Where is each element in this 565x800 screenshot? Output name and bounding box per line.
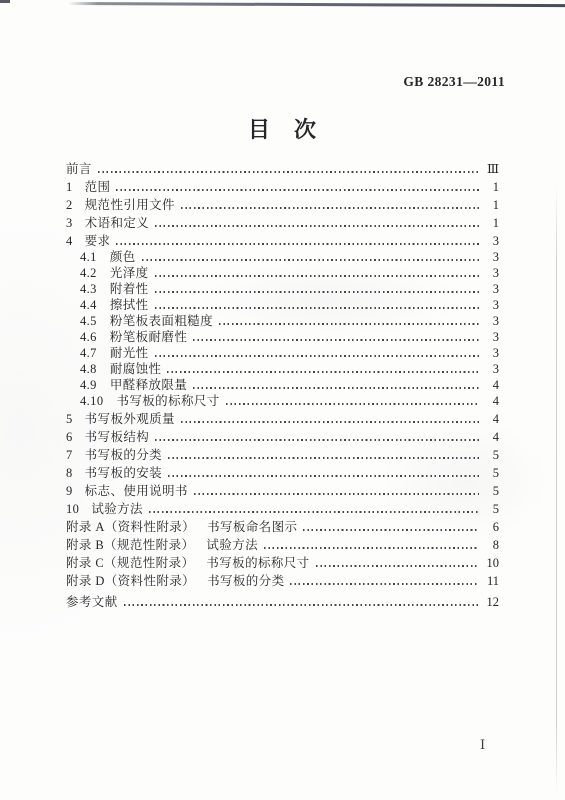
toc-entry-label: 4.9甲醛释放限量 bbox=[80, 379, 187, 393]
toc-entry-number: 前言 bbox=[66, 162, 92, 176]
leader-dots bbox=[193, 339, 479, 341]
toc-entry: 附录 D（资料性附录）书写板的分类 11 bbox=[66, 570, 499, 588]
toc-entry: 2规范性引用文件 1 bbox=[66, 194, 499, 212]
leader-dots bbox=[149, 511, 479, 513]
toc-entry-title: 试验方法 bbox=[91, 502, 143, 516]
toc-entry-title: 耐腐蚀性 bbox=[110, 362, 162, 376]
standard-code: GB 28231—2011 bbox=[403, 74, 505, 90]
toc-entry: 4.5粉笔板表面粗糙度 3 bbox=[66, 312, 499, 328]
toc-entry: 参考文献 12 bbox=[66, 591, 499, 609]
toc-entry-page: 3 bbox=[483, 315, 499, 329]
toc-entry-label: 附录 A（资料性附录）书写板命名图示 bbox=[66, 521, 297, 535]
toc-entry-page: 3 bbox=[483, 283, 499, 297]
toc-entry-label: 10试验方法 bbox=[66, 503, 143, 517]
toc-entry-label: 4.10书写板的标称尺寸 bbox=[80, 395, 220, 409]
leader-dots bbox=[168, 457, 479, 459]
toc-entry-number: 4 bbox=[66, 234, 73, 248]
toc-entry-number: 10 bbox=[66, 502, 79, 516]
toc-entry-page: 3 bbox=[483, 331, 499, 345]
leader-dots bbox=[155, 307, 479, 309]
toc-entry-number: 4.2 bbox=[80, 266, 97, 280]
toc-entry: 9标志、使用说明书 5 bbox=[66, 480, 499, 498]
toc-entry-number: 3 bbox=[66, 216, 73, 230]
leader-dots bbox=[219, 323, 479, 325]
toc-entry-page: 5 bbox=[483, 467, 499, 481]
toc-entry-label: 4.2光泽度 bbox=[80, 267, 149, 281]
leader-dots bbox=[290, 583, 479, 585]
toc-entry-label: 4.5粉笔板表面粗糙度 bbox=[80, 315, 213, 329]
leader-dots bbox=[155, 291, 479, 293]
toc-entry-title: 书写板的分类 bbox=[207, 574, 284, 588]
toc-entry-page: 5 bbox=[483, 485, 499, 499]
toc-entry-title: 范围 bbox=[85, 180, 111, 194]
toc-entry-title: 书写板的安装 bbox=[85, 466, 162, 480]
toc-entry-number: 4.1 bbox=[80, 250, 97, 264]
toc-entry-page: Ⅲ bbox=[483, 163, 499, 177]
leader-dots bbox=[194, 493, 479, 495]
toc-entry: 附录 B（规范性附录）试验方法 8 bbox=[66, 534, 499, 552]
toc-entry-page: 3 bbox=[483, 267, 499, 281]
toc-entry: 4.6粉笔板耐磨性 3 bbox=[66, 328, 499, 344]
toc-entry: 10试验方法 5 bbox=[66, 498, 499, 516]
toc-entry: 4.4擦拭性 3 bbox=[66, 296, 499, 312]
leader-dots bbox=[167, 371, 479, 373]
toc-entry-label: 4.3附着性 bbox=[80, 283, 149, 297]
toc-entry-page: 5 bbox=[483, 503, 499, 517]
leader-dots bbox=[226, 403, 479, 405]
toc-entry-title: 粉笔板耐磨性 bbox=[110, 330, 187, 344]
toc-entry-label: 前言 bbox=[66, 163, 92, 177]
toc-entry-title: 书写板命名图示 bbox=[207, 520, 297, 534]
leader-dots bbox=[168, 475, 479, 477]
toc-entry-page: 1 bbox=[483, 199, 499, 213]
toc-entry-label: 8书写板的安装 bbox=[66, 467, 162, 481]
toc-entry-title: 标志、使用说明书 bbox=[85, 484, 188, 498]
toc-entry: 4.8耐腐蚀性 3 bbox=[66, 360, 499, 376]
page-number: Ⅰ bbox=[480, 737, 485, 753]
toc-entry-page: 8 bbox=[483, 539, 499, 553]
leader-dots bbox=[181, 421, 479, 423]
leader-dots bbox=[316, 565, 479, 567]
toc-entry-title: 书写板的标称尺寸 bbox=[206, 556, 309, 570]
toc-entry: 6书写板结构 4 bbox=[66, 426, 499, 444]
toc-entry: 附录 A（资料性附录）书写板命名图示 6 bbox=[66, 516, 499, 534]
toc-entry-title: 颜色 bbox=[110, 250, 136, 264]
toc-entry-page: 3 bbox=[483, 299, 499, 313]
toc-entry-number: 附录 C（规范性附录） bbox=[66, 556, 194, 570]
toc-entry-label: 附录 C（规范性附录）书写板的标称尺寸 bbox=[66, 557, 310, 571]
toc-entry-label: 参考文献 bbox=[66, 596, 118, 610]
toc-entry-number: 4.3 bbox=[80, 282, 97, 296]
leader-dots bbox=[155, 275, 479, 277]
toc-entry-number: 4.7 bbox=[80, 346, 97, 360]
toc-entry: 前言 Ⅲ bbox=[66, 158, 499, 176]
toc-entry-number: 1 bbox=[66, 180, 73, 194]
toc-entry-label: 7书写板的分类 bbox=[66, 449, 162, 463]
leader-dots bbox=[303, 529, 479, 531]
leader-dots bbox=[98, 171, 479, 173]
toc-entry-page: 4 bbox=[483, 395, 499, 409]
toc-entry-title: 擦拭性 bbox=[110, 298, 149, 312]
leader-dots bbox=[124, 604, 479, 606]
toc-entry-label: 1范围 bbox=[66, 181, 110, 195]
scan-top-edge bbox=[68, 2, 565, 7]
toc-entry-title: 书写板的标称尺寸 bbox=[116, 394, 219, 408]
toc-entry-page: 3 bbox=[483, 347, 499, 361]
scan-corner-mark bbox=[0, 0, 10, 3]
leader-dots bbox=[264, 547, 479, 549]
toc-entry-number: 参考文献 bbox=[66, 595, 118, 609]
leader-dots bbox=[116, 189, 479, 191]
toc-entry: 7书写板的分类 5 bbox=[66, 444, 499, 462]
toc-entry: 8书写板的安装 5 bbox=[66, 462, 499, 480]
toc-entry-page: 10 bbox=[483, 557, 499, 571]
toc-entry: 4.9甲醛释放限量 4 bbox=[66, 376, 499, 392]
toc-entry-label: 3术语和定义 bbox=[66, 217, 149, 231]
toc-entry: 4.10书写板的标称尺寸 4 bbox=[66, 392, 499, 408]
toc-entry-title: 光泽度 bbox=[110, 266, 149, 280]
toc-entry-page: 11 bbox=[483, 575, 499, 589]
toc-entry-page: 3 bbox=[483, 235, 499, 249]
toc-entry-title: 耐光性 bbox=[110, 346, 149, 360]
toc-entry-number: 4.9 bbox=[80, 378, 97, 392]
toc-entry-label: 5书写板外观质量 bbox=[66, 413, 175, 427]
toc-entry: 1范围 1 bbox=[66, 176, 499, 194]
toc-entry-number: 9 bbox=[66, 484, 73, 498]
toc-entry-label: 4.1颜色 bbox=[80, 251, 136, 265]
toc-entry-number: 4.10 bbox=[80, 394, 103, 408]
toc-entry: 4要求 3 bbox=[66, 230, 499, 248]
toc-entry: 4.7耐光性 3 bbox=[66, 344, 499, 360]
toc-entry-number: 8 bbox=[66, 466, 73, 480]
toc-entry-title: 书写板外观质量 bbox=[85, 412, 175, 426]
toc-entry-title: 书写板的分类 bbox=[85, 448, 162, 462]
toc-entry-label: 4.4擦拭性 bbox=[80, 299, 149, 313]
toc-entry: 4.1颜色 3 bbox=[66, 248, 499, 264]
toc-entry-label: 6书写板结构 bbox=[66, 431, 149, 445]
toc-entry: 5书写板外观质量 4 bbox=[66, 408, 499, 426]
toc-entry-number: 附录 B（规范性附录） bbox=[66, 538, 194, 552]
toc-entry-title: 规范性引用文件 bbox=[85, 198, 175, 212]
scanned-page: GB 28231—2011 目 次 前言 Ⅲ 1范围 1 2规范性引用文件 1 … bbox=[0, 0, 565, 800]
toc-entry-page: 3 bbox=[483, 363, 499, 377]
toc-entry-label: 9标志、使用说明书 bbox=[66, 485, 188, 499]
toc-entry-page: 1 bbox=[483, 181, 499, 195]
toc-entry-page: 6 bbox=[483, 521, 499, 535]
toc-entry-number: 附录 D（资料性附录） bbox=[66, 574, 195, 588]
toc-entry-title: 术语和定义 bbox=[85, 216, 150, 230]
toc-entry-number: 4.4 bbox=[80, 298, 97, 312]
toc-entry-number: 6 bbox=[66, 430, 73, 444]
toc-entry-page: 1 bbox=[483, 217, 499, 231]
toc-entry-label: 附录 B（规范性附录）试验方法 bbox=[66, 539, 258, 553]
leader-dots bbox=[155, 439, 479, 441]
toc-entry-label: 4要求 bbox=[66, 235, 110, 249]
toc-entry-number: 4.8 bbox=[80, 362, 97, 376]
toc-entry-title: 书写板结构 bbox=[85, 430, 150, 444]
scan-right-edge bbox=[556, 185, 558, 795]
leader-dots bbox=[193, 387, 479, 389]
toc-entry-page: 4 bbox=[483, 431, 499, 445]
toc-entry-page: 4 bbox=[483, 413, 499, 427]
toc-entry-page: 4 bbox=[483, 379, 499, 393]
toc-entry-title: 粉笔板表面粗糙度 bbox=[110, 314, 213, 328]
toc-entry-label: 4.7耐光性 bbox=[80, 347, 149, 361]
toc-entry-label: 附录 D（资料性附录）书写板的分类 bbox=[66, 575, 284, 589]
toc-entry: 3术语和定义 1 bbox=[66, 212, 499, 230]
page-title: 目 次 bbox=[0, 113, 565, 144]
toc-entry-number: 7 bbox=[66, 448, 73, 462]
toc-entry-number: 2 bbox=[66, 198, 73, 212]
toc-entry-number: 5 bbox=[66, 412, 73, 426]
toc-entry: 4.3附着性 3 bbox=[66, 280, 499, 296]
toc-entry-page: 5 bbox=[483, 449, 499, 463]
leader-dots bbox=[155, 355, 479, 357]
toc-entry-page: 12 bbox=[483, 596, 499, 610]
toc-entry-title: 要求 bbox=[85, 234, 111, 248]
toc-entry-title: 附着性 bbox=[110, 282, 149, 296]
toc-entry: 附录 C（规范性附录）书写板的标称尺寸 10 bbox=[66, 552, 499, 570]
toc-entry-title: 甲醛释放限量 bbox=[110, 378, 187, 392]
toc-list: 前言 Ⅲ 1范围 1 2规范性引用文件 1 3术语和定义 1 4要求 bbox=[66, 158, 499, 609]
toc-entry-label: 4.8耐腐蚀性 bbox=[80, 363, 161, 377]
leader-dots bbox=[181, 207, 479, 209]
toc-entry-page: 3 bbox=[483, 251, 499, 265]
toc-entry: 4.2光泽度 3 bbox=[66, 264, 499, 280]
toc-entry-label: 4.6粉笔板耐磨性 bbox=[80, 331, 187, 345]
leader-dots bbox=[155, 225, 479, 227]
leader-dots bbox=[142, 259, 479, 261]
toc-entry-number: 4.5 bbox=[80, 314, 97, 328]
toc-entry-title: 试验方法 bbox=[206, 538, 258, 552]
leader-dots bbox=[116, 243, 479, 245]
toc-entry-number: 4.6 bbox=[80, 330, 97, 344]
toc-entry-number: 附录 A（资料性附录） bbox=[66, 520, 195, 534]
toc-entry-label: 2规范性引用文件 bbox=[66, 199, 175, 213]
